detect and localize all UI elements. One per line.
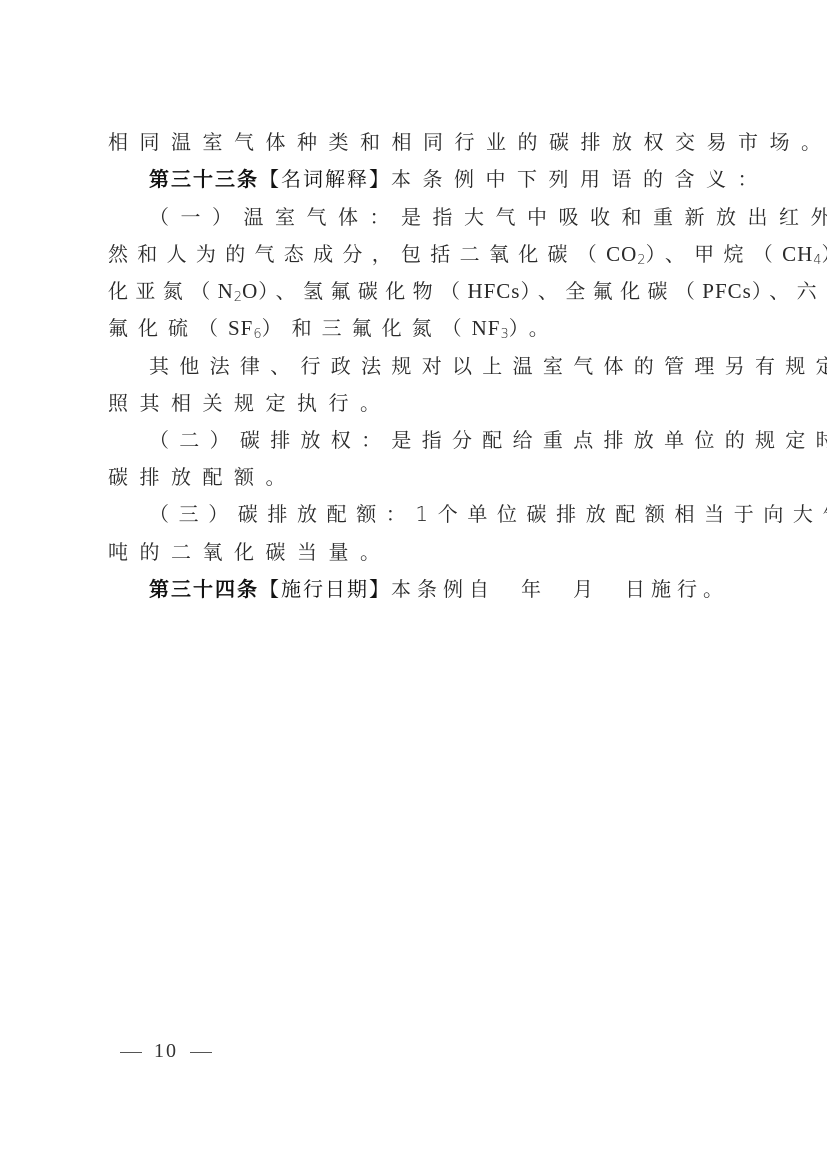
article-33-heading: 第三十三条【名词解释】本条例中下列用语的含义： [149,161,720,197]
subscript: 2 [234,290,242,305]
formula-ch4: CH [782,242,813,266]
subscript: 2 [637,253,645,268]
paragraph-line: 化亚氮（N2O）、氢氟碳化物（HFCs）、全氟化碳（PFCs）、六 [108,273,720,309]
line-text: （二）碳排放权：是指分配给重点排放单位的规定时期内的 [149,428,827,452]
line-text: 其他法律、行政法规对以上温室气体的管理另有规定的，按 [149,354,827,378]
definition-greenhouse-gas: （一）温室气体：是指大气中吸收和重新放出红外辐射的自 [149,199,720,235]
article-title: 【名词解释】 [259,167,391,191]
line-text: 化亚氮（ [108,279,218,303]
line-text: 本条例中下列用语的含义： [391,167,769,191]
subscript: 4 [813,253,821,268]
paragraph-line: 照其相关规定执行。 [108,385,720,421]
definition-carbon-emission-right: （二）碳排放权：是指分配给重点排放单位的规定时期内的 [149,422,720,458]
line-text: 吨的二氧化碳当量。 [108,540,392,564]
article-title: 【施行日期】 [259,577,391,601]
subscript: 6 [253,327,261,342]
formula-nf3: NF [472,316,501,340]
article-number: 第三十四条 [149,577,259,601]
formula-pfcs: PFCs [702,279,752,303]
line-text: 氟化硫（ [108,316,228,340]
paragraph-line: 其他法律、行政法规对以上温室气体的管理另有规定的，按 [149,348,720,384]
line-text: 照其相关规定执行。 [108,391,392,415]
definition-carbon-emission-allowance: （三）碳排放配额：1个单位碳排放配额相当于向大气排放1 [149,496,720,532]
line-text: ）。 [509,316,559,340]
formula-sf6: SF [228,316,253,340]
line-text: 然和人为的气态成分，包括二氧化碳（ [108,242,606,266]
paragraph-line: 吨的二氧化碳当量。 [108,534,720,570]
subscript: 3 [501,327,509,342]
article-number: 第三十三条 [149,167,259,191]
paragraph-line: 然和人为的气态成分，包括二氧化碳（CO2）、甲烷（CH4）、氧 [108,236,720,272]
line-text: 相同温室气体种类和相同行业的碳排放权交易市场。 [108,130,827,154]
line-text: 碳排放配额。 [108,465,297,489]
paragraph-line: 相同温室气体种类和相同行业的碳排放权交易市场。 [108,124,720,160]
page-number: 10 [108,1040,224,1063]
formula-n2o: N [218,279,234,303]
article-34-heading: 第三十四条【施行日期】本条例自 年 月 日施行。 [149,571,720,607]
line-text: （一）温室气体：是指大气中吸收和重新放出红外辐射的自 [149,205,827,229]
line-text: （三）碳排放配额：1个单位碳排放配额相当于向大气排放1 [149,502,827,526]
page-number-text: 10 [154,1040,178,1062]
dash-right [190,1052,212,1053]
line-text: ）、氢氟碳化物（ [258,279,467,303]
line-text: 本条例自 年 月 日施行。 [391,577,729,601]
paragraph-line: 氟化硫（SF6）和三氟化氮（NF3）。 [108,310,720,346]
line-text: ）、全氟化碳（ [520,279,702,303]
line-text: ）、氧 [822,242,827,266]
dash-left [120,1052,142,1053]
formula-n2o-tail: O [242,279,258,303]
line-text: ）、甲烷（ [646,242,783,266]
formula-hfcs: HFCs [467,279,520,303]
paragraph-line: 碳排放配额。 [108,459,720,495]
line-text: ）、六 [752,279,824,303]
formula-co2: CO [606,242,637,266]
document-page: 相同温室气体种类和相同行业的碳排放权交易市场。 第三十三条【名词解释】本条例中下… [0,0,827,1169]
line-text: ）和三氟化氮（ [262,316,472,340]
